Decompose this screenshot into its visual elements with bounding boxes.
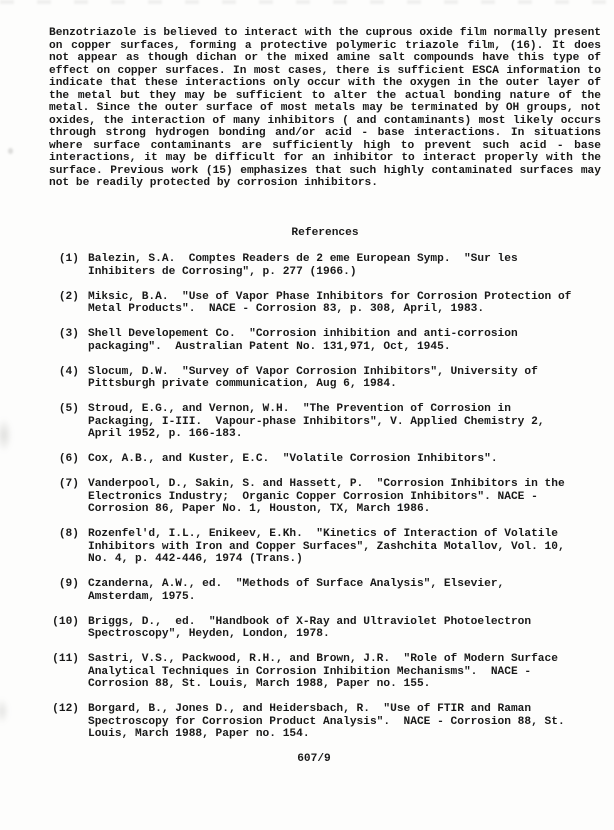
reference-text: Cox, A.B., and Kuster, E.C. "Volatile Co… xyxy=(88,453,575,466)
scan-artifact xyxy=(0,0,614,4)
reference-text: Slocum, D.W. "Survey of Vapor Corrosion … xyxy=(88,366,575,391)
reference-item: (5)Stroud, E.G., and Vernon, W.H. "The P… xyxy=(49,403,601,441)
scan-artifact xyxy=(0,698,9,724)
reference-text: Briggs, D., ed. "Handbook of X-Ray and U… xyxy=(88,616,575,641)
reference-item: (12)Borgard, B., Jones D., and Heidersba… xyxy=(49,703,601,741)
reference-text: Miksic, B.A. "Use of Vapor Phase Inhibit… xyxy=(88,291,575,316)
reference-number: (11) xyxy=(49,653,79,691)
reference-item: (11)Sastri, V.S., Packwood, R.H., and Br… xyxy=(49,653,601,691)
reference-item: (9)Czanderna, A.W., ed. "Methods of Surf… xyxy=(49,578,601,603)
reference-item: (2)Miksic, B.A. "Use of Vapor Phase Inhi… xyxy=(49,291,601,316)
reference-number: (6) xyxy=(49,453,79,466)
reference-number: (12) xyxy=(49,703,79,741)
reference-item: (7)Vanderpool, D., Sakin, S. and Hassett… xyxy=(49,478,601,516)
reference-number: (10) xyxy=(49,616,79,641)
reference-item: (8)Rozenfel'd, I.L., Enikeev, E.Kh. "Kin… xyxy=(49,528,601,566)
reference-number: (2) xyxy=(49,291,79,316)
reference-item: (6)Cox, A.B., and Kuster, E.C. "Volatile… xyxy=(49,453,601,466)
body-paragraph: Benzotriazole is believed to interact wi… xyxy=(49,27,601,190)
reference-item: (10)Briggs, D., ed. "Handbook of X-Ray a… xyxy=(49,616,601,641)
scanned-document-page: Benzotriazole is believed to interact wi… xyxy=(0,0,614,830)
references-heading: References xyxy=(49,227,601,240)
reference-number: (7) xyxy=(49,478,79,516)
references-list: (1)Balezin, S.A. Comptes Readers de 2 em… xyxy=(49,253,601,753)
reference-number: (4) xyxy=(49,366,79,391)
scan-artifact xyxy=(8,148,13,154)
reference-text: Sastri, V.S., Packwood, R.H., and Brown,… xyxy=(88,653,575,691)
scan-artifact xyxy=(0,418,12,452)
reference-number: (3) xyxy=(49,328,79,353)
reference-item: (4)Slocum, D.W. "Survey of Vapor Corrosi… xyxy=(49,366,601,391)
reference-text: Shell Developement Co. "Corrosion inhibi… xyxy=(88,328,575,353)
reference-text: Stroud, E.G., and Vernon, W.H. "The Prev… xyxy=(88,403,575,441)
reference-number: (1) xyxy=(49,253,79,278)
reference-text: Vanderpool, D., Sakin, S. and Hassett, P… xyxy=(88,478,575,516)
reference-text: Balezin, S.A. Comptes Readers de 2 eme E… xyxy=(88,253,575,278)
reference-number: (9) xyxy=(49,578,79,603)
page-number: 607/9 xyxy=(38,753,590,766)
reference-text: Czanderna, A.W., ed. "Methods of Surface… xyxy=(88,578,575,603)
reference-item: (3)Shell Developement Co. "Corrosion inh… xyxy=(49,328,601,353)
reference-text: Borgard, B., Jones D., and Heidersbach, … xyxy=(88,703,575,741)
reference-item: (1)Balezin, S.A. Comptes Readers de 2 em… xyxy=(49,253,601,278)
reference-number: (5) xyxy=(49,403,79,441)
reference-number: (8) xyxy=(49,528,79,566)
reference-text: Rozenfel'd, I.L., Enikeev, E.Kh. "Kineti… xyxy=(88,528,575,566)
